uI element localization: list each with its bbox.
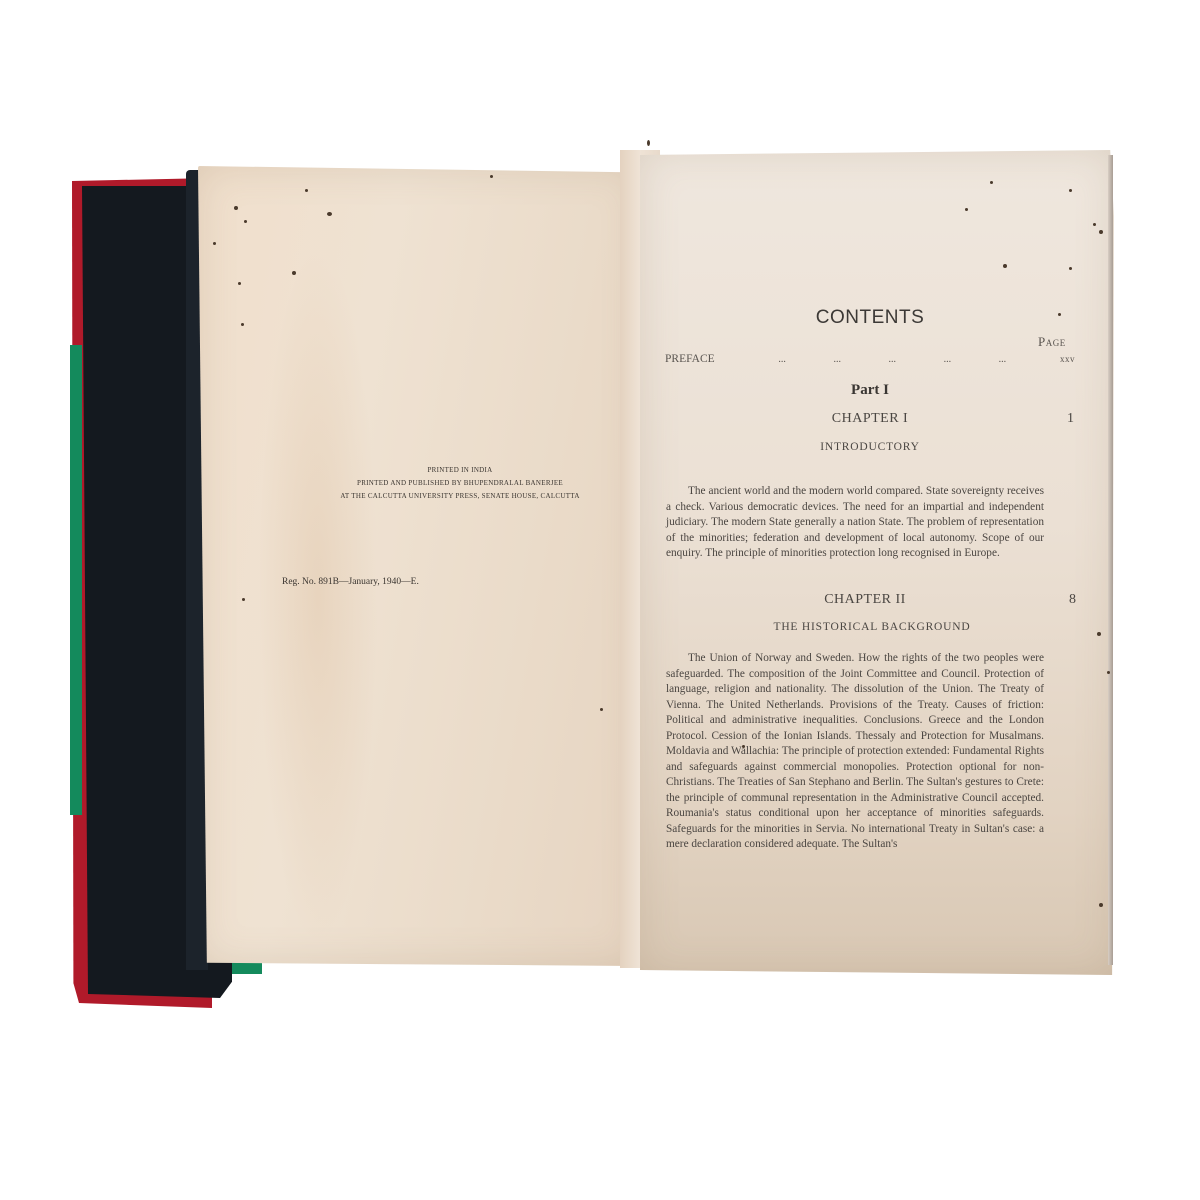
chapter-synopsis: The Union of Norway and Sweden. How the … — [666, 651, 1044, 853]
wormhole-spot — [305, 189, 308, 192]
wormhole-spot — [490, 175, 493, 178]
imprint-line: PRINTED IN INDIA — [300, 464, 620, 477]
wormhole-spot — [234, 206, 238, 210]
wormhole-spot — [1069, 267, 1072, 270]
wormhole-spot — [242, 598, 245, 601]
chapter-title: THE HISTORICAL BACKGROUND — [722, 621, 1022, 633]
wormhole-spot — [241, 323, 244, 326]
wormhole-spot — [1099, 903, 1103, 907]
wormhole-spot — [213, 242, 216, 245]
imprint-line: AT THE CALCUTTA UNIVERSITY PRESS, SENATE… — [300, 490, 620, 503]
wormhole-spot — [238, 282, 241, 285]
wormhole-spot — [1097, 632, 1101, 636]
wormhole-spot — [1099, 230, 1103, 234]
wormhole-spot — [1003, 264, 1007, 268]
chapter-title: INTRODUCTORY — [720, 441, 1020, 453]
wormhole-spot — [990, 181, 993, 184]
wormhole-spot — [292, 271, 296, 275]
part-heading: Part I — [760, 382, 980, 399]
cover-green-edge — [70, 345, 82, 815]
toc-preface-row: PREFACE ... ... ... ... ... xxv — [665, 353, 1075, 365]
chapter-synopsis: The ancient world and the modern world c… — [666, 484, 1044, 562]
page-fore-edge — [1108, 155, 1113, 965]
chapter-heading: CHAPTER I — [760, 411, 980, 427]
imprint-block: PRINTED IN INDIA PRINTED AND PUBLISHED B… — [300, 464, 620, 503]
contents-title: CONTENTS — [740, 307, 1000, 329]
chapter-page-number: 8 — [1069, 592, 1076, 608]
wormhole-spot — [1107, 671, 1110, 674]
left-page — [198, 166, 640, 966]
leader-dots: ... ... ... ... ... — [715, 354, 1060, 365]
chapter-page-number: 1 — [1067, 411, 1074, 427]
toc-entry-label: PREFACE — [665, 353, 715, 365]
wormhole-spot — [965, 208, 968, 211]
page-column-label: Page — [1038, 334, 1066, 350]
wormhole-spot — [600, 708, 603, 711]
wormhole-spot — [244, 220, 247, 223]
chapter-heading: CHAPTER II — [755, 592, 975, 608]
wormhole-spot — [1058, 313, 1061, 316]
imprint-line: PRINTED AND PUBLISHED BY BHUPENDRALAL BA… — [300, 477, 620, 490]
wormhole-spot — [1093, 223, 1096, 226]
wormhole-spot — [327, 212, 332, 216]
toc-page-number: xxv — [1060, 354, 1075, 364]
wormhole-spot — [647, 140, 650, 146]
wormhole-spot — [1069, 189, 1072, 192]
registration-number: Reg. No. 891B—January, 1940—E. — [282, 577, 419, 587]
open-book-photo: PRINTED IN INDIA PRINTED AND PUBLISHED B… — [0, 0, 1200, 1200]
